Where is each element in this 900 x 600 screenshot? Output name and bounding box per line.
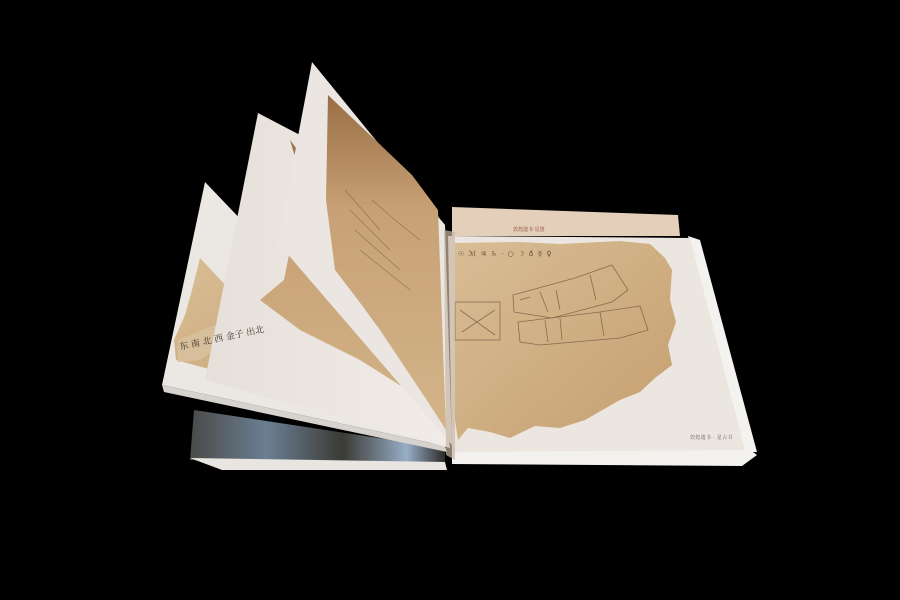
page-header-text: 敦煌遗书 星图	[513, 226, 545, 233]
page-caption: 敦煌遗书 · 星占书	[690, 434, 733, 441]
manuscript-script-line: ☉ ℳ ♃ ♄ · ○ ☽ ♁ ☿ ♀	[458, 250, 553, 258]
book-photograph: 敦煌遗书 星图 ☉ ℳ ♃ ♄ · ○ ☽ ♁ ☿ ♀ 东 南 北 西 金子 出…	[0, 0, 900, 600]
right-page	[448, 207, 757, 466]
book-illustration	[0, 0, 900, 600]
